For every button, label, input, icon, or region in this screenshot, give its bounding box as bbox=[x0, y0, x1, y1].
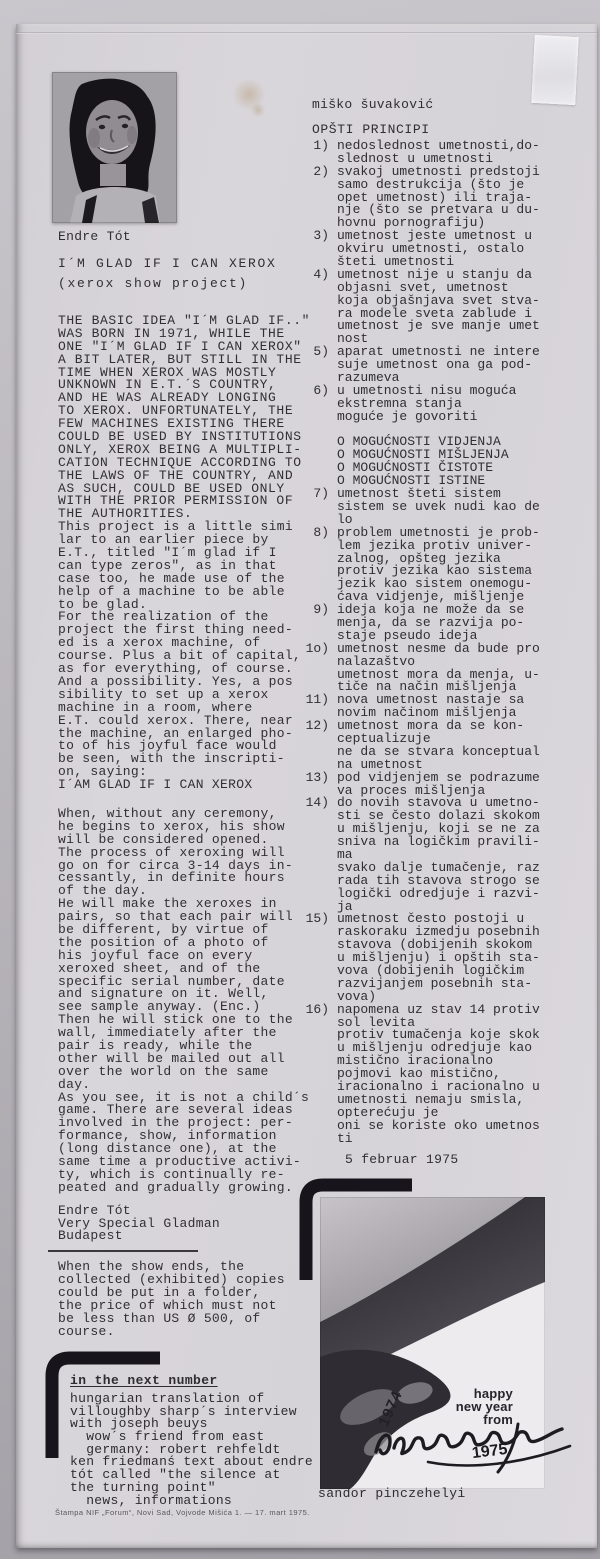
principle-item: 5)aparat umetnosti ne interesuje umetnos… bbox=[302, 346, 596, 385]
principle-item: 14)do novih stavova u umetno-sti se čest… bbox=[302, 797, 596, 913]
text-line: course. bbox=[58, 1326, 318, 1339]
principle-item: 2)svakoj umetnosti predstojisamo destruk… bbox=[302, 166, 596, 230]
principle-item: 13)pod vidjenjem se podrazumeva proces m… bbox=[302, 772, 596, 798]
text-line: umetnost je sve manje umet bbox=[337, 320, 596, 333]
paper-fold-crease bbox=[16, 32, 597, 34]
face-shadow bbox=[127, 126, 137, 144]
statement-main-block: When, without any ceremony,he begins to … bbox=[58, 808, 318, 1195]
principle-text: umetnost jeste umetnost uokviru umetnost… bbox=[335, 230, 596, 269]
principle-text: napomena uz stav 14 protivsol levitaprot… bbox=[335, 1004, 596, 1146]
principle-text: umetnost nesme da bude pronalazaštvoumet… bbox=[335, 643, 596, 695]
statement-intro-block: This project is a little similar to an e… bbox=[58, 521, 318, 792]
text-line: I´AM GLAD IF I CAN XEROX bbox=[58, 779, 318, 792]
principle-number: 2) bbox=[302, 166, 335, 179]
author-signature-block: Endre TótVery Special GladmanBudapest bbox=[58, 1205, 318, 1244]
imprint-footer: Štampa NIF „Forum“, Novi Sad, Vojvode Mi… bbox=[55, 1508, 385, 1517]
principle-number: 8) bbox=[302, 527, 335, 540]
principle-item: 9)ideja koja ne može da semenja, da se r… bbox=[302, 604, 596, 643]
principle-text: u umetnosti nisu mogućaekstremna stanjam… bbox=[335, 385, 596, 488]
principle-item: 8)problem umetnosti je prob-lem jezika p… bbox=[302, 527, 596, 604]
next-number-list: hungarian translation ofvilloughby sharp… bbox=[70, 1393, 330, 1507]
endre-tot-portrait-photo bbox=[52, 72, 177, 223]
text-line: peated and gradually growing. bbox=[58, 1182, 318, 1195]
principle-text: umetnost često postoji uraskoraku izmedj… bbox=[335, 913, 596, 1003]
price-note-block: When the show ends, thecollected (exhibi… bbox=[58, 1261, 318, 1338]
adhesive-tape bbox=[531, 35, 578, 105]
principle-item: 1o)umetnost nesme da bude pronalazaštvou… bbox=[302, 643, 596, 695]
principle-item: 3)umetnost jeste umetnost uokviru umetno… bbox=[302, 230, 596, 269]
principle-text: nedoslednost umetnosti,do-slednost u ume… bbox=[335, 140, 596, 166]
text-line: news, informations bbox=[70, 1495, 330, 1508]
photo-caption: sándor pinczehelyi bbox=[318, 1486, 466, 1501]
principle-number: 1) bbox=[302, 140, 335, 153]
principle-number: 12) bbox=[302, 720, 335, 733]
principle-item: 1)nedoslednost umetnosti,do-slednost u u… bbox=[302, 140, 596, 166]
principle-item: 11)nova umetnost nastaje sanovim načinom… bbox=[302, 694, 596, 720]
principle-text: ideja koja ne može da semenja, da se raz… bbox=[335, 604, 596, 643]
principles-list: 1)nedoslednost umetnosti,do-slednost u u… bbox=[302, 140, 596, 1145]
work-subtitle: (xerox show project) bbox=[58, 277, 318, 290]
face-shadow bbox=[88, 128, 100, 148]
principle-item: 15)umetnost često postoji uraskoraku izm… bbox=[302, 913, 596, 1003]
principle-number: 13) bbox=[302, 772, 335, 785]
principle-text: do novih stavova u umetno-sti se često d… bbox=[335, 797, 596, 913]
right-column: miško šuvaković OPŠTI PRINCIPI 1)nedosle… bbox=[302, 98, 596, 1145]
date-line: 5 februar 1975 bbox=[345, 1152, 458, 1167]
principle-number: 3) bbox=[302, 230, 335, 243]
statement-caps-block: THE BASIC IDEA "I´M GLAD IF.."WAS BORN I… bbox=[58, 315, 318, 521]
principle-number: 5) bbox=[302, 346, 335, 359]
text-line: over the world on the same bbox=[58, 1066, 318, 1079]
right-byline: miško šuvaković bbox=[312, 98, 596, 111]
left-column: Endre Tót I´M GLAD IF I CAN XEROX (xerox… bbox=[58, 230, 318, 1339]
paper-stain bbox=[250, 103, 266, 117]
principle-item: 12)umetnost mora da se kon-ceptualizujen… bbox=[302, 720, 596, 772]
eye bbox=[122, 124, 128, 128]
next-number-heading: in the next number bbox=[70, 1374, 330, 1387]
principle-text: problem umetnosti je prob-lem jezika pro… bbox=[335, 527, 596, 604]
principle-number: 1o) bbox=[302, 643, 335, 656]
principle-item: 16)napomena uz stav 14 protivsol levitap… bbox=[302, 1004, 596, 1146]
text-line: ti bbox=[337, 1133, 596, 1146]
principle-item: 7)umetnost šteti sistemsistem se uvek nu… bbox=[302, 488, 596, 527]
work-title: I´M GLAD IF I CAN XEROX bbox=[58, 257, 318, 270]
principle-number: 16) bbox=[302, 1004, 335, 1017]
principle-number: 14) bbox=[302, 797, 335, 810]
principle-text: pod vidjenjem se podrazumeva proces mišl… bbox=[335, 772, 596, 798]
typed-divider-rule bbox=[48, 1250, 198, 1252]
text-line: sniva na logičkim pravili- bbox=[337, 836, 596, 849]
principle-text: nova umetnost nastaje sanovim načinom mi… bbox=[335, 694, 596, 720]
principles-heading: OPŠTI PRINCIPI bbox=[312, 123, 596, 136]
principle-number: 9) bbox=[302, 604, 335, 617]
eye bbox=[99, 125, 105, 129]
principle-text: umetnost mora da se kon-ceptualizujene d… bbox=[335, 720, 596, 772]
principle-item: 6)u umetnosti nisu mogućaekstremna stanj… bbox=[302, 385, 596, 488]
principle-number: 4) bbox=[302, 269, 335, 282]
text-line: oni se koriste oko umetnos bbox=[337, 1120, 596, 1133]
principle-text: umetnost nije u stanju daobjasni svet, u… bbox=[335, 269, 596, 346]
next-number-section: in the next number hungarian translation… bbox=[70, 1374, 330, 1507]
principle-text: umetnost šteti sistemsistem se uvek nudi… bbox=[335, 488, 596, 527]
principle-text: aparat umetnosti ne interesuje umetnost … bbox=[335, 346, 596, 385]
principle-item: 4)umetnost nije u stanju daobjasni svet,… bbox=[302, 269, 596, 346]
neck bbox=[100, 164, 126, 186]
text-line: logički odredjuje i razvi- bbox=[337, 888, 596, 901]
text-line: moguće je govoriti bbox=[337, 411, 596, 424]
principle-number: 6) bbox=[302, 385, 335, 398]
principle-number: 7) bbox=[302, 488, 335, 501]
principle-text: svakoj umetnosti predstojisamo destrukci… bbox=[335, 166, 596, 230]
principle-number: 15) bbox=[302, 913, 335, 926]
text-line: Budapest bbox=[58, 1230, 318, 1243]
principle-number: 11) bbox=[302, 694, 335, 707]
portrait-caption: Endre Tót bbox=[58, 230, 318, 243]
text-line: sistem se uvek nudi kao de bbox=[337, 501, 596, 514]
